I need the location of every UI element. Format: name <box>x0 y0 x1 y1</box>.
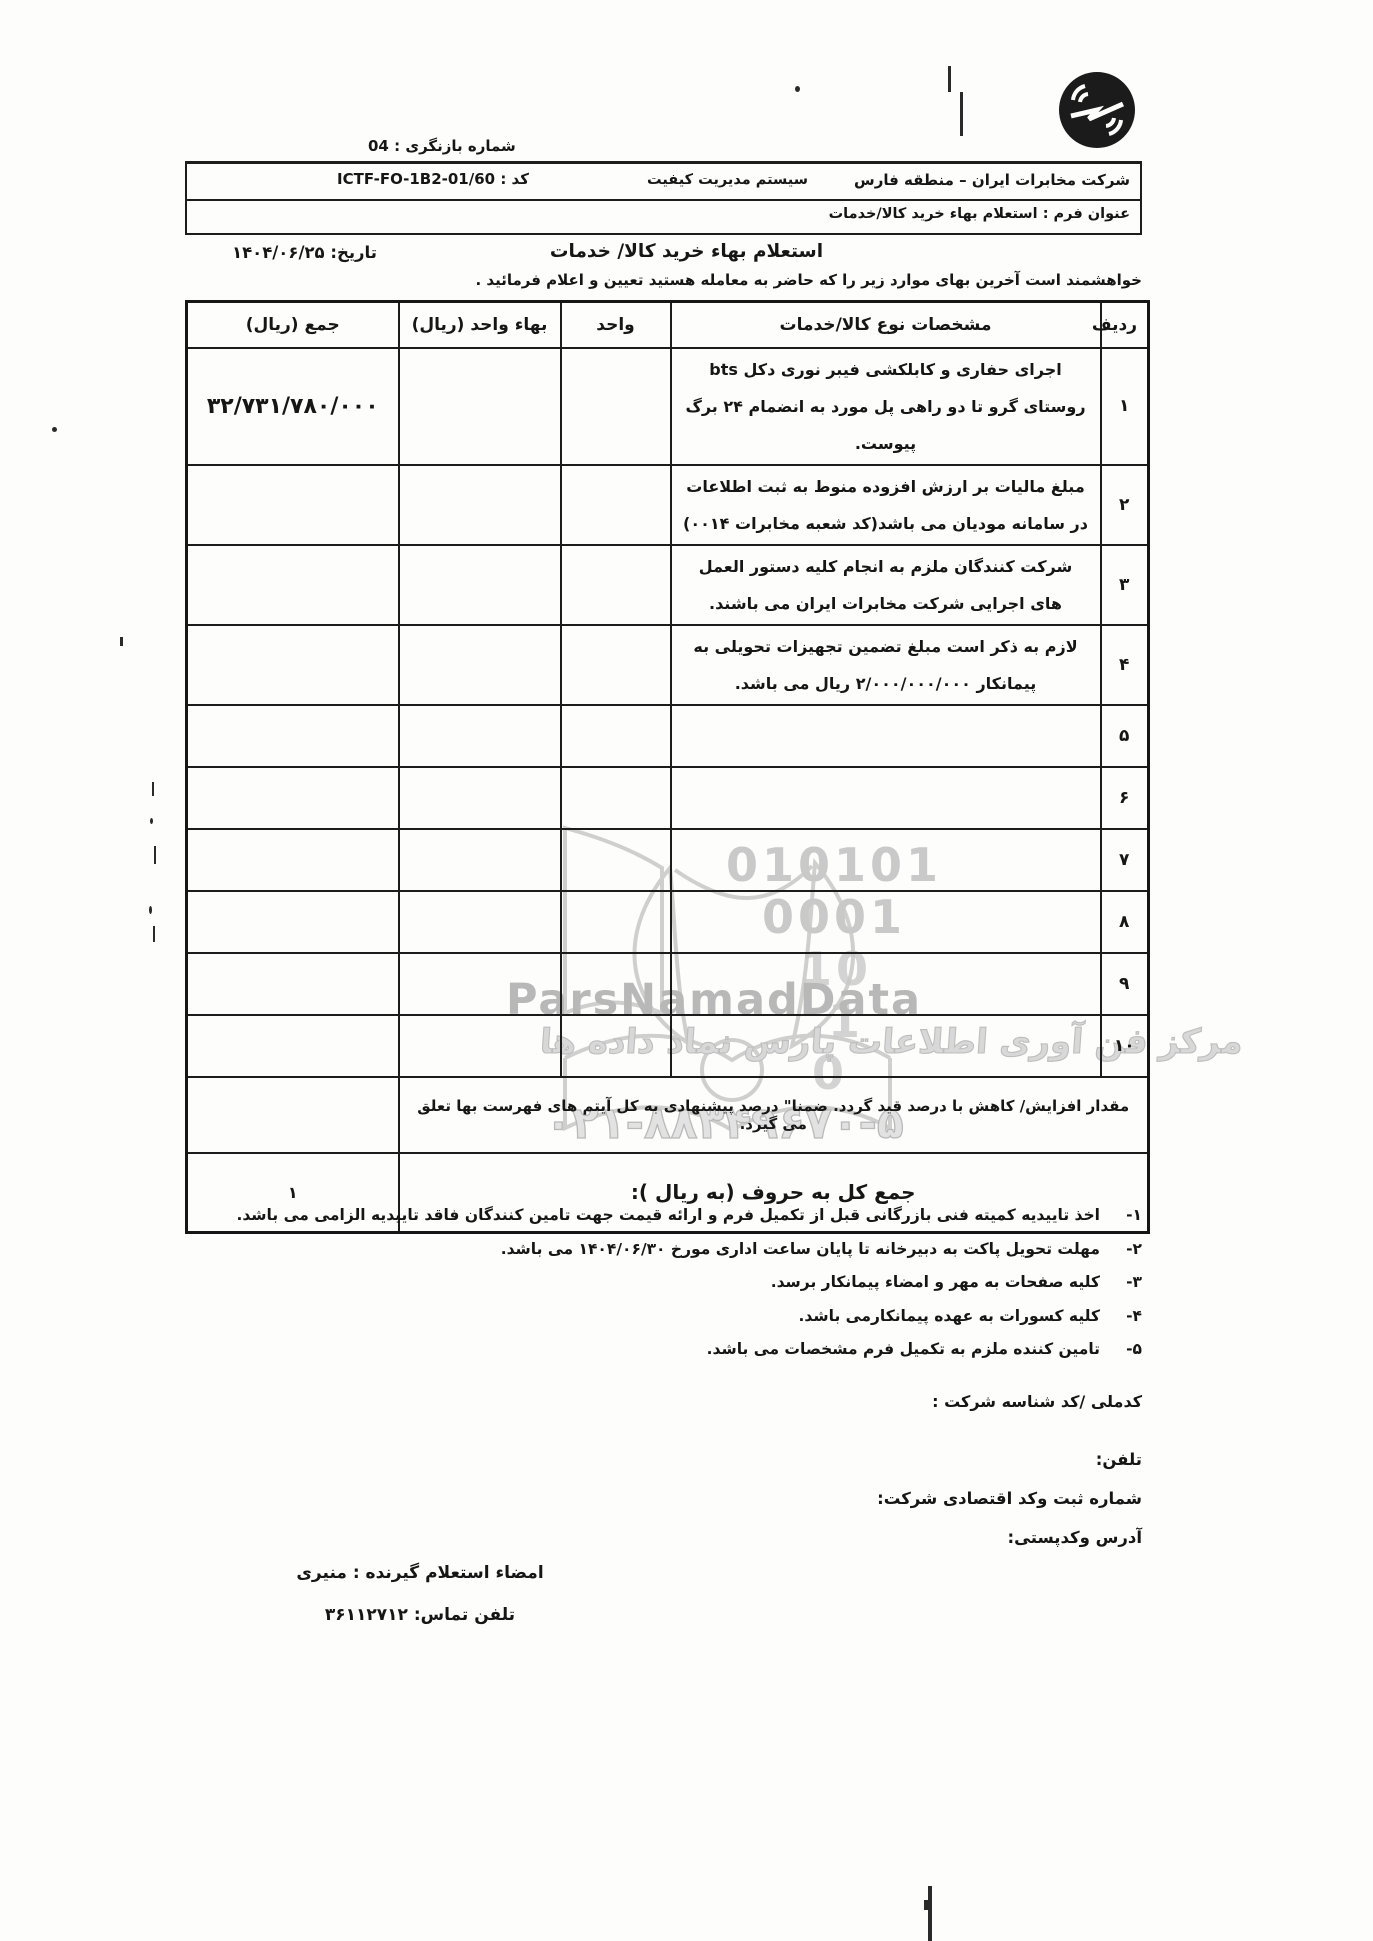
form-code: کد : ICTF-FO-1B2-01/60 <box>337 170 529 188</box>
row-unit-price <box>399 348 561 465</box>
signature-block: امضاء استعلام گیرنده : منیری تلفن تماس: … <box>255 1552 585 1636</box>
note-number: ۲- <box>1120 1240 1142 1258</box>
tci-logo <box>1057 70 1137 150</box>
row-unit-price <box>399 625 561 705</box>
row-unit-price <box>399 705 561 767</box>
row-total <box>187 891 399 953</box>
scan-artifact <box>52 427 57 432</box>
note-text: کلیه کسورات به عهده پیمانکارمی باشد. <box>799 1307 1100 1325</box>
note-number: ۵- <box>1120 1340 1142 1358</box>
note-number: ۳- <box>1120 1273 1142 1291</box>
row-unit <box>561 705 671 767</box>
row-unit <box>561 348 671 465</box>
scan-artifact <box>149 906 152 914</box>
scan-artifact <box>153 926 155 942</box>
row-total <box>187 465 399 545</box>
note-item: ۳- کلیه صفحات به مهر و امضاء پیمانکار بر… <box>236 1273 1142 1291</box>
scan-artifact <box>924 1900 932 1910</box>
row-number: ۳ <box>1101 545 1149 625</box>
row-number: ۱ <box>1101 348 1149 465</box>
supplier-contact-fields: تلفن: شماره ثبت وکد اقتصادی شرکت: آدرس و… <box>877 1440 1142 1557</box>
scan-artifact <box>960 92 963 136</box>
col-header-spec: مشخصات نوع کالا/خدمات <box>671 302 1101 348</box>
row-spec: شرکت کنندگان ملزم به انجام کلیه دستور ال… <box>671 545 1101 625</box>
row-unit <box>561 953 671 1015</box>
increase-decrease-note: مقدار افزایش/ کاهش با درصد قید گردد. ضمن… <box>399 1077 1149 1153</box>
row-spec <box>671 1015 1101 1077</box>
row-unit <box>561 891 671 953</box>
col-header-unit-price: بهاء واحد (ریال) <box>399 302 561 348</box>
notes-list: ۱- اخذ تاییدیه کمیته فنی بازرگانی قبل از… <box>236 1206 1142 1374</box>
scan-artifact <box>150 818 153 824</box>
table-header-row: ردیف مشخصات نوع کالا/خدمات واحد بهاء واح… <box>187 302 1149 348</box>
row-unit <box>561 1015 671 1077</box>
row-unit <box>561 829 671 891</box>
note-text: اخذ تاییدیه کمیته فنی بازرگانی قبل از تک… <box>236 1206 1100 1224</box>
row-unit-price <box>399 1015 561 1077</box>
row-number: ۶ <box>1101 767 1149 829</box>
row-unit-price <box>399 891 561 953</box>
row-unit-price <box>399 465 561 545</box>
scanned-document-page: 010101 0001 10 1 0 ParsNamadData مرکز فن… <box>0 0 1373 1941</box>
note-item: ۴- کلیه کسورات به عهده پیمانکارمی باشد. <box>236 1307 1142 1325</box>
note-number: ۱- <box>1120 1206 1142 1224</box>
table-row: ۸ <box>187 891 1149 953</box>
phone-field-label: تلفن: <box>877 1440 1142 1479</box>
note-number: ۴- <box>1120 1307 1142 1325</box>
row-spec <box>671 953 1101 1015</box>
row-spec: لازم به ذکر است مبلغ تضمین تجهیزات تحویل… <box>671 625 1101 705</box>
row-spec <box>671 705 1101 767</box>
scan-artifact <box>948 66 951 92</box>
row-spec <box>671 891 1101 953</box>
row-unit <box>561 465 671 545</box>
form-header-row-1: شرکت مخابرات ایران – منطقه فارس سیستم مد… <box>187 164 1140 201</box>
row-total: ۳۲/۷۳۱/۷۸۰/۰۰۰ <box>187 348 399 465</box>
table-row: ۴ لازم به ذکر است مبلغ تضمین تجهیزات تحو… <box>187 625 1149 705</box>
scan-artifact <box>152 782 154 796</box>
row-total <box>187 829 399 891</box>
revision-number: شماره بازنگری : 04 <box>368 137 516 155</box>
row-unit <box>561 767 671 829</box>
row-number: ۷ <box>1101 829 1149 891</box>
col-header-unit: واحد <box>561 302 671 348</box>
table-row: ۶ <box>187 767 1149 829</box>
row-unit-price <box>399 829 561 891</box>
row-number: ۱۰ <box>1101 1015 1149 1077</box>
row-number: ۴ <box>1101 625 1149 705</box>
intro-sentence: خواهشمند است آخرین بهای موارد زیر را که … <box>476 271 1142 289</box>
row-total <box>187 625 399 705</box>
row-total <box>187 953 399 1015</box>
form-title-line: عنوان فرم : استعلام بهاء خرید کالا/خدمات <box>829 206 1130 222</box>
table-row: ۱ اجرای حفاری و کابلکشی فیبر نوری دکل bt… <box>187 348 1149 465</box>
scan-artifact <box>928 1886 932 1941</box>
row-spec <box>671 767 1101 829</box>
row-spec: مبلغ مالیات بر ارزش افزوده منوط به ثبت ا… <box>671 465 1101 545</box>
national-id-line: کدملی /کد شناسه شرکت : <box>932 1392 1142 1411</box>
scan-artifact <box>154 846 156 864</box>
row-unit-price <box>399 767 561 829</box>
tci-logo-icon <box>1057 70 1137 150</box>
row-total <box>187 1015 399 1077</box>
note-text: کلیه صفحات به مهر و امضاء پیمانکار برسد. <box>771 1273 1100 1291</box>
row-total <box>187 705 399 767</box>
document-date: تاریخ: ۱۴۰۴/۰۶/۲۵ <box>232 243 377 262</box>
table-row: ۹ <box>187 953 1149 1015</box>
note-item: ۱- اخذ تاییدیه کمیته فنی بازرگانی قبل از… <box>236 1206 1142 1224</box>
table-row: ۳ شرکت کنندگان ملزم به انجام کلیه دستور … <box>187 545 1149 625</box>
col-header-row-no: ردیف <box>1101 302 1149 348</box>
col-header-total: جمع (ریال) <box>187 302 399 348</box>
row-spec: اجرای حفاری و کابلکشی فیبر نوری دکل bts … <box>671 348 1101 465</box>
note-text: تامین کننده ملزم به تکمیل فرم مشخصات می … <box>707 1340 1100 1358</box>
row-total <box>187 767 399 829</box>
table-row: ۷ <box>187 829 1149 891</box>
scan-artifact <box>795 86 800 92</box>
note-item: ۲- مهلت تحویل پاکت به دبیرخانه تا پایان … <box>236 1240 1142 1258</box>
registration-field-label: شماره ثبت وکد اقتصادی شرکت: <box>877 1479 1142 1518</box>
scan-artifact <box>120 637 123 646</box>
quality-system-label: سیستم مدیریت کیفیت <box>647 172 808 188</box>
row-unit <box>561 625 671 705</box>
company-name: شرکت مخابرات ایران – منطقه فارس <box>854 171 1130 189</box>
contact-phone-line: تلفن تماس: ۳۶۱۱۲۷۱۲ <box>255 1594 585 1636</box>
increase-decrease-note-row: مقدار افزایش/ کاهش با درصد قید گردد. ضمن… <box>187 1077 1149 1153</box>
row-number: ۵ <box>1101 705 1149 767</box>
inquiry-taker-signature-line: امضاء استعلام گیرنده : منیری <box>255 1552 585 1594</box>
row-number: ۲ <box>1101 465 1149 545</box>
row-unit-price <box>399 953 561 1015</box>
form-header-box: شرکت مخابرات ایران – منطقه فارس سیستم مد… <box>185 161 1142 235</box>
row-spec <box>671 829 1101 891</box>
price-inquiry-table: ردیف مشخصات نوع کالا/خدمات واحد بهاء واح… <box>185 300 1150 1234</box>
note-item: ۵- تامین کننده ملزم به تکمیل فرم مشخصات … <box>236 1340 1142 1358</box>
row-unit <box>561 545 671 625</box>
row-total <box>187 545 399 625</box>
table-row: ۱۰ <box>187 1015 1149 1077</box>
row-number: ۹ <box>1101 953 1149 1015</box>
form-header-row-2: عنوان فرم : استعلام بهاء خرید کالا/خدمات <box>187 201 1140 234</box>
table-row: ۲ مبلغ مالیات بر ارزش افزوده منوط به ثبت… <box>187 465 1149 545</box>
note-text: مهلت تحویل پاکت به دبیرخانه تا پایان ساع… <box>501 1240 1100 1258</box>
note-row-total-cell <box>187 1077 399 1153</box>
address-field-label: آدرس وکدپستی: <box>877 1518 1142 1557</box>
table-row: ۵ <box>187 705 1149 767</box>
document-title: استعلام بهاء خرید کالا/ خدمات <box>0 241 1373 262</box>
row-unit-price <box>399 545 561 625</box>
row-number: ۸ <box>1101 891 1149 953</box>
